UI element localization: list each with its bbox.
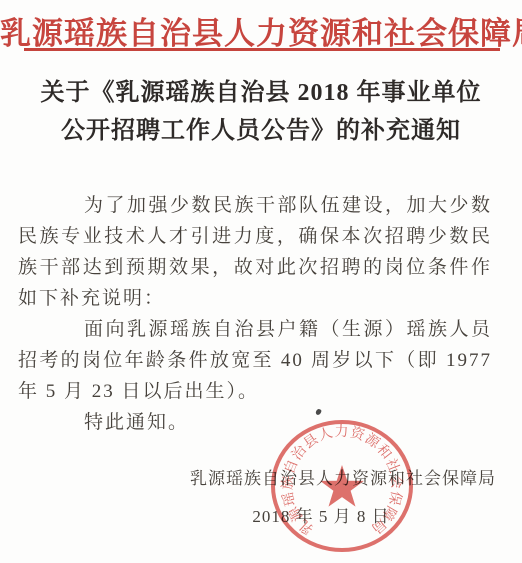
signature-date: 2018 年 5 月 8 日 <box>190 502 452 527</box>
body-paragraph: 特此通知。 <box>18 407 492 438</box>
body-paragraph: 面向乳源瑶族自治县户籍（生源）瑶族人员招考的岗位年龄条件放宽至 40 周岁以下（… <box>18 314 492 407</box>
document-page: 乳源瑶族自治县人力资源和社会保障局 关于《乳源瑶族自治县 2018 年事业单位 … <box>0 0 522 563</box>
document-title-line1: 关于《乳源瑶族自治县 2018 年事业单位 <box>0 74 522 112</box>
document-title: 关于《乳源瑶族自治县 2018 年事业单位 公开招聘工作人员公告》的补充通知 <box>0 74 522 150</box>
signature-block: 乳源瑶族自治县人力资源和社会保障局 2018 年 5 月 8 日 <box>190 464 482 527</box>
document-title-line2: 公开招聘工作人员公告》的补充通知 <box>0 112 522 150</box>
letterhead-rule <box>24 48 500 51</box>
document-body: 为了加强少数民族干部队伍建设，加大少数民族专业技术人才引进力度，确保本次招聘少数… <box>18 190 492 438</box>
letterhead-org: 乳源瑶族自治县人力资源和社会保障局 <box>0 8 522 53</box>
signature-org: 乳源瑶族自治县人力资源和社会保障局 <box>190 464 482 489</box>
body-paragraph: 为了加强少数民族干部队伍建设，加大少数民族专业技术人才引进力度，确保本次招聘少数… <box>18 190 492 314</box>
